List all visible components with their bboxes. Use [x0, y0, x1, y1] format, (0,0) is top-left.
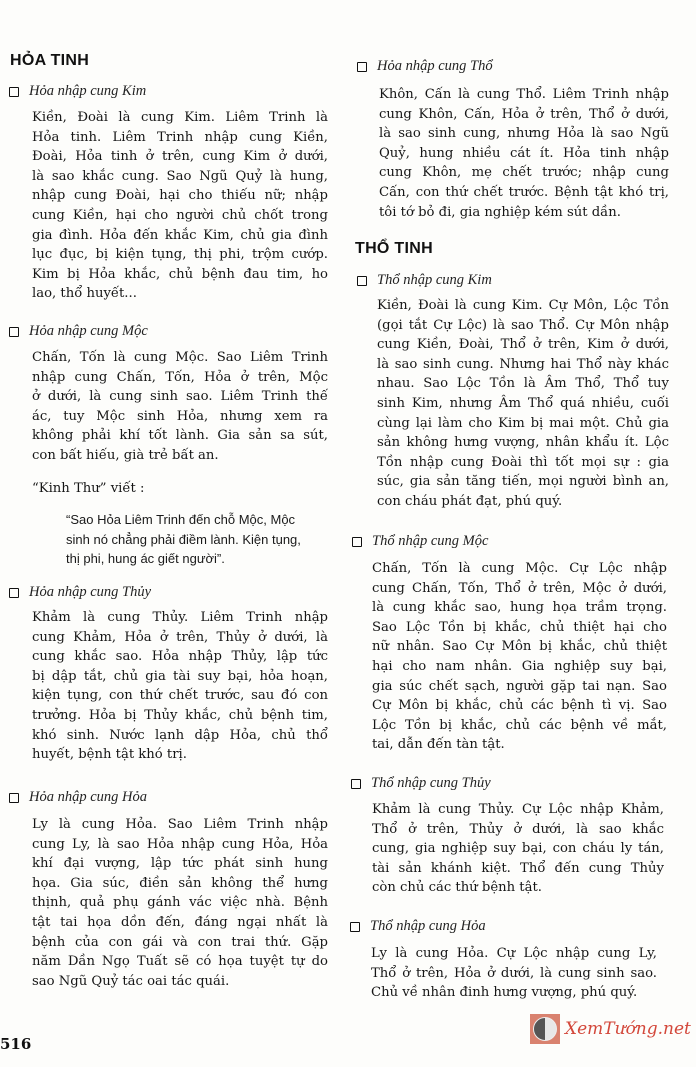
- paragraph: Ly là cung Hỏa. Sao Liêm Trinh nhậpcung …: [32, 815, 328, 991]
- text-line: nhau. Sao Lộc Tồn là Âm Thổ, Thổ tuy: [377, 374, 669, 394]
- paragraph: Chấn, Tốn là cung Mộc. Sao Liêm Trinhnhậ…: [32, 348, 328, 466]
- page-number: 516: [0, 1035, 31, 1053]
- text-line: tài sản khánh kiệt. Thổ đến cung Thủy: [372, 859, 664, 879]
- subsection-title: Hỏa nhập cung Mộc: [9, 323, 148, 340]
- text-line: năm Dần Ngọ Tuất sẽ có họa tuyệt tự do: [32, 952, 328, 972]
- text-line: sản không hưng vượng, nhân khẩu ít. Lộc: [377, 433, 669, 453]
- subsection-title-text: Thổ nhập cung Thủy: [371, 775, 491, 792]
- text-line: tật tai họa dồn đến, đáng ngại nhất là: [32, 913, 328, 933]
- text-line: tai, dẫn đến tàn tật.: [372, 735, 667, 755]
- text-line: nữ nhân. Sao Cự Môn bị khắc, chủ thiệt: [372, 637, 667, 657]
- text-line: Kim bị Hỏa khắc, chủ bệnh đau tim, ho: [32, 265, 328, 285]
- text-line: bị dập tắt, chủ gia tài suy bại, hỏa hoạ…: [32, 667, 328, 687]
- text-line: Tồn nhập cung Đoài thì tốt mọi sự : gia: [377, 453, 669, 473]
- text-line: Kiền, Đoài là cung Kim. Cự Môn, Lộc Tồn: [377, 296, 669, 316]
- text-line: còn chủ các thứ bệnh tật.: [372, 878, 664, 898]
- subsection-title-text: Hỏa nhập cung Mộc: [29, 323, 148, 340]
- text-line: là cung khắc sao, hung họa trầm trọng.: [372, 598, 667, 618]
- subsection-title-text: Thổ nhập cung Mộc: [372, 533, 488, 550]
- text-line: Ly là cung Hỏa. Sao Liêm Trinh nhập: [32, 815, 328, 835]
- subsection-title-text: Hỏa nhập cung Hỏa: [29, 789, 147, 806]
- subsection-title: Thổ nhập cung Hỏa: [350, 918, 486, 935]
- subsection-title: Thổ nhập cung Thủy: [351, 775, 491, 792]
- paragraph: Khảm là cung Thủy. Cự Lộc nhập Khảm,Thổ …: [372, 800, 664, 898]
- checkbox-bullet-icon: [357, 276, 367, 286]
- text-line: kiện tụng, con thứ chết trước, sau đó co…: [32, 686, 328, 706]
- text-line: là sao sinh cung. Nhưng hai Thổ này khác: [377, 355, 669, 375]
- text-line: Lộc Tồn bị khắc, chủ các bệnh về mắt,: [372, 716, 667, 736]
- text-line: Kiền, Đoài là cung Kim. Liêm Trinh là: [32, 108, 328, 128]
- subsection-title: Hỏa nhập cung Kim: [9, 83, 146, 100]
- quote-lead: “Kinh Thư” viết :: [32, 481, 144, 496]
- text-line: Thổ ở trên, Hỏa ở dưới, là cung sinh sao…: [371, 964, 657, 984]
- checkbox-bullet-icon: [350, 922, 360, 932]
- watermark-text: XemTướng.net: [565, 1019, 691, 1039]
- text-line: Khảm là cung Thủy. Liêm Trinh nhập: [32, 608, 328, 628]
- checkbox-bullet-icon: [9, 327, 19, 337]
- checkbox-bullet-icon: [9, 588, 19, 598]
- text-line: con bất hiếu, già trẻ bất an.: [32, 446, 328, 466]
- checkbox-bullet-icon: [9, 87, 19, 97]
- subsection-title: Thổ nhập cung Kim: [357, 272, 492, 289]
- text-line: cung Chấn, Tốn, Thổ ở trên, Mộc ở dưới,: [372, 579, 667, 599]
- watermark: XemTướng.net: [530, 1014, 691, 1044]
- watermark-logo: [530, 1014, 560, 1044]
- text-line: Đoài, Hỏa tinh ở trên, cung Kim ở dưới,: [32, 147, 328, 167]
- text-line: cung Ly, là sao Hỏa nhập cung Hỏa, Hỏa: [32, 835, 328, 855]
- text-line: cung Khôn, Cấn, Hỏa ở trên, Thổ ở dưới,: [379, 105, 669, 125]
- text-line: khó sinh. Nước lạnh dập Hỏa, chủ thổ: [32, 726, 328, 746]
- text-line: Chủ về nhân đinh hưng vượng, phú quý.: [371, 983, 657, 1003]
- text-line: cung khắc sao. Hỏa nhập Thủy, lập tức: [32, 647, 328, 667]
- subsection-title-text: Hỏa nhập cung Thủy: [29, 584, 151, 601]
- section-heading-tho-tinh: THỔ TINH: [355, 240, 433, 258]
- text-line: con cháu phát đạt, phú quý.: [377, 492, 669, 512]
- text-line: gia súc chết sạch, người gặp tai nạn. Sa…: [372, 677, 667, 697]
- subsection-title: Hỏa nhập cung Thủy: [9, 584, 151, 601]
- text-line: Ly là cung Hỏa. Cự Lộc nhập cung Ly,: [371, 944, 657, 964]
- text-line: thịnh, quả phụ gánh vác việc nhà. Bệnh: [32, 893, 328, 913]
- text-line: bệnh của con gái và con trai thứ. Gặp: [32, 933, 328, 953]
- text-line: “Sao Hỏa Liêm Trinh đến chỗ Mộc, Mộc: [66, 510, 331, 530]
- text-line: Khôn, Cấn là cung Thổ. Liêm Trinh nhập: [379, 85, 669, 105]
- text-line: Hỏa tinh. Liêm Trinh nhập cung Kiền,: [32, 128, 328, 148]
- subsection-title-text: Thổ nhập cung Kim: [377, 272, 492, 289]
- text-line: ở dưới, là cung sinh sao. Liêm Trinh thế: [32, 387, 328, 407]
- paragraph: Kiền, Đoài là cung Kim. Liêm Trinh làHỏa…: [32, 108, 328, 304]
- yin-yang-icon: [533, 1017, 557, 1041]
- checkbox-bullet-icon: [351, 779, 361, 789]
- paragraph: Kiền, Đoài là cung Kim. Cự Môn, Lộc Tồn(…: [377, 296, 669, 512]
- text-line: cung Khôn, mẹ chết trước; nhập cung: [379, 163, 669, 183]
- paragraph: Khôn, Cấn là cung Thổ. Liêm Trinh nhậpcu…: [379, 85, 669, 222]
- section-heading-hoa-tinh: HỎA TINH: [10, 52, 89, 70]
- text-line: ác, tuy Mộc sinh Hỏa, nhưng xem ra: [32, 407, 328, 427]
- text-line: họa. Gia súc, điền sản không thể hưng: [32, 874, 328, 894]
- paragraph: Khảm là cung Thủy. Liêm Trinh nhậpcung K…: [32, 608, 328, 765]
- text-line: Chấn, Tốn là cung Mộc. Sao Liêm Trinh: [32, 348, 328, 368]
- text-line: lao, thổ huyết...: [32, 284, 328, 304]
- text-line: hại cho nam nhân. Gia nghiệp suy bại,: [372, 657, 667, 677]
- text-line: thị phi, hung ác giết người”.: [66, 549, 331, 569]
- text-line: nhập cung Đoài, hại cho thiếu nữ; nhập: [32, 186, 328, 206]
- text-line: Khảm là cung Thủy. Cự Lộc nhập Khảm,: [372, 800, 664, 820]
- text-line: lục đục, bị kiện tụng, thị phi, trộm cướ…: [32, 245, 328, 265]
- text-line: cung Kiền, hại cho người chủ chốt trong: [32, 206, 328, 226]
- text-line: sinh nó chẳng phải điềm lành. Kiện tụng,: [66, 530, 331, 550]
- text-line: gia đình. Hỏa đến khắc Kim, chủ gia đình: [32, 226, 328, 246]
- text-line: Sao Lộc Tồn bị khắc, chủ thiệt hại cho: [372, 618, 667, 638]
- text-line: cung, gia nghiệp suy bại, con cháu ly tá…: [372, 839, 664, 859]
- text-line: là sao khắc cung. Sao Ngũ Quỷ là hung,: [32, 167, 328, 187]
- subsection-title: Hỏa nhập cung Thổ: [357, 58, 493, 75]
- text-line: sao Ngũ Quỷ tác oai tác quái.: [32, 972, 328, 992]
- paragraph: Chấn, Tốn là cung Mộc. Cự Lộc nhậpcung C…: [372, 559, 667, 755]
- subsection-title-text: Hỏa nhập cung Kim: [29, 83, 146, 100]
- text-line: Quỷ, hung nhiều cát ít. Hỏa tinh nhập: [379, 144, 669, 164]
- text-line: cung Kiền, Đoài, Thổ ở trên, Kim ở dưới,: [377, 335, 669, 355]
- text-line: súc, gia sản tăng tiến, mọi người bình a…: [377, 472, 669, 492]
- text-line: cùng lại làm cho Kim bị mai một. Chủ gia: [377, 414, 669, 434]
- subsection-title: Hỏa nhập cung Hỏa: [9, 789, 147, 806]
- text-line: khí đại vượng, lập tức phát sinh hung: [32, 854, 328, 874]
- text-line: sinh Kim, nhưng Âm Thổ quá nhiều, cuối: [377, 394, 669, 414]
- text-line: Thổ ở trên, Thủy ở dưới, là sao khắc: [372, 820, 664, 840]
- block-quote: “Sao Hỏa Liêm Trinh đến chỗ Mộc, Mộcsinh…: [66, 510, 331, 569]
- text-line: (gọi tắt Cự Lộc) là sao Thổ. Cự Môn nhập: [377, 316, 669, 336]
- checkbox-bullet-icon: [357, 62, 367, 72]
- text-line: tôi tớ bỏ đi, gia nghiệp kém sút dần.: [379, 203, 669, 223]
- text-line: trưởng. Hỏa bị Thủy khắc, chủ bệnh tim,: [32, 706, 328, 726]
- text-line: nhập cung Chấn, Tốn, Hỏa ở trên, Mộc: [32, 368, 328, 388]
- checkbox-bullet-icon: [9, 793, 19, 803]
- text-line: không phải khí tốt lành. Gia sản sa sút,: [32, 426, 328, 446]
- text-line: Chấn, Tốn là cung Mộc. Cự Lộc nhập: [372, 559, 667, 579]
- subsection-title-text: Thổ nhập cung Hỏa: [370, 918, 486, 935]
- text-line: Cấn, con thứ chết trước. Bệnh tật khó tr…: [379, 183, 669, 203]
- text-line: Cự Môn bị khắc, chủ các bệnh tì vị. Sao: [372, 696, 667, 716]
- text-line: là sao sinh cung, nhưng Hỏa là sao Ngũ: [379, 124, 669, 144]
- subsection-title-text: Hỏa nhập cung Thổ: [377, 58, 493, 75]
- subsection-title: Thổ nhập cung Mộc: [352, 533, 488, 550]
- checkbox-bullet-icon: [352, 537, 362, 547]
- paragraph: Ly là cung Hỏa. Cự Lộc nhập cung Ly,Thổ …: [371, 944, 657, 1003]
- text-line: huyết, bệnh tật khó trị.: [32, 745, 328, 765]
- text-line: cung Khảm, Hỏa ở trên, Thủy ở dưới, là: [32, 628, 328, 648]
